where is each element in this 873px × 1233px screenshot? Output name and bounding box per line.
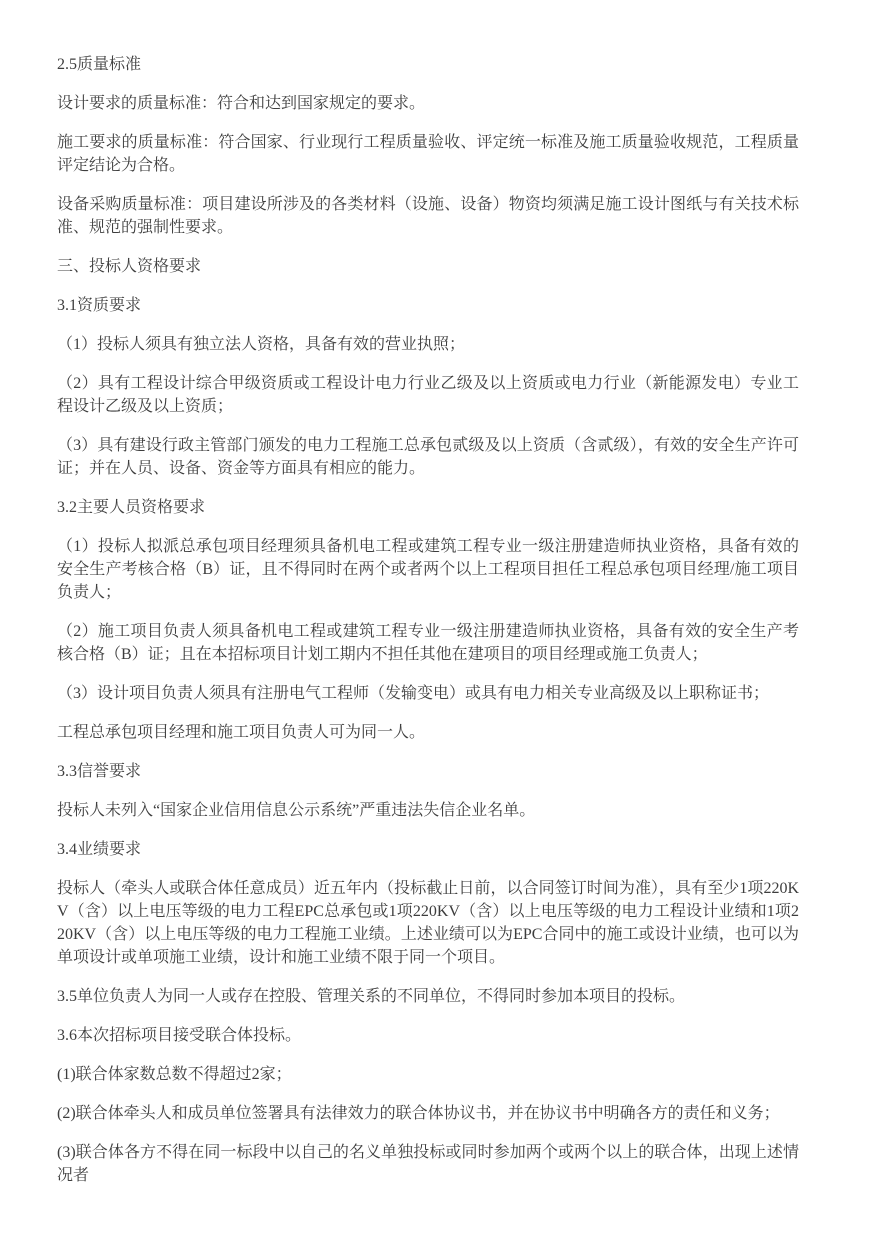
para-same-person-note: 工程总承包项目经理和施工项目负责人可为同一人。 [57,721,799,744]
para-consortium-item-2: (2)联合体牵头人和成员单位签署具有法律效力的联合体协议书，并在协议书中明确各方… [57,1102,799,1125]
para-consortium-accepted: 3.6本次招标项目接受联合体投标。 [57,1024,799,1047]
para-personnel-item-3: （3）设计项目负责人须具有注册电气工程师（发输变电）或具有电力相关专业高级及以上… [57,682,799,705]
section-heading-qualification-requirements: 3.1资质要求 [57,294,799,317]
para-personnel-item-1: （1）投标人拟派总承包项目经理须具备机电工程或建筑工程专业一级注册建造师执业资格… [57,535,799,604]
para-performance-requirement: 投标人（牵头人或联合体任意成员）近五年内（投标截止日前，以合同签订时间为准），具… [57,877,799,969]
section-heading-key-personnel: 3.2主要人员资格要求 [57,496,799,519]
para-construction-quality-standard: 施工要求的质量标准：符合国家、行业现行工程质量验收、评定统一标准及施工质量验收规… [57,131,799,177]
para-same-controller-restriction: 3.5单位负责人为同一人或存在控股、管理关系的不同单位，不得同时参加本项目的投标… [57,985,799,1008]
section-heading-performance: 3.4业绩要求 [57,838,799,861]
para-personnel-item-2: （2）施工项目负责人须具备机电工程或建筑工程专业一级注册建造师执业资格，具备有效… [57,620,799,666]
section-heading-reputation: 3.3信誉要求 [57,760,799,783]
para-equipment-procurement-standard: 设备采购质量标准：项目建设所涉及的各类材料（设施、设备）物资均须满足施工设计图纸… [57,193,799,239]
para-consortium-item-3: (3)联合体各方不得在同一标段中以自己的名义单独投标或同时参加两个或两个以上的联… [57,1141,799,1187]
para-qualification-item-3: （3）具有建设行政主管部门颁发的电力工程施工总承包贰级及以上资质（含贰级），有效… [57,434,799,480]
para-consortium-item-1: (1)联合体家数总数不得超过2家； [57,1063,799,1086]
section-heading-quality-standard: 2.5质量标准 [57,53,799,76]
para-qualification-item-2: （2）具有工程设计综合甲级资质或工程设计电力行业乙级及以上资质或电力行业（新能源… [57,372,799,418]
para-design-quality-standard: 设计要求的质量标准：符合和达到国家规定的要求。 [57,92,799,115]
document-page: 2.5质量标准 设计要求的质量标准：符合和达到国家规定的要求。 施工要求的质量标… [0,0,873,1233]
para-qualification-item-1: （1）投标人须具有独立法人资格，具备有效的营业执照； [57,333,799,356]
chapter-heading-bidder-qualification: 三、投标人资格要求 [57,255,799,278]
para-reputation-requirement: 投标人未列入“国家企业信用信息公示系统”严重违法失信企业名单。 [57,799,799,822]
